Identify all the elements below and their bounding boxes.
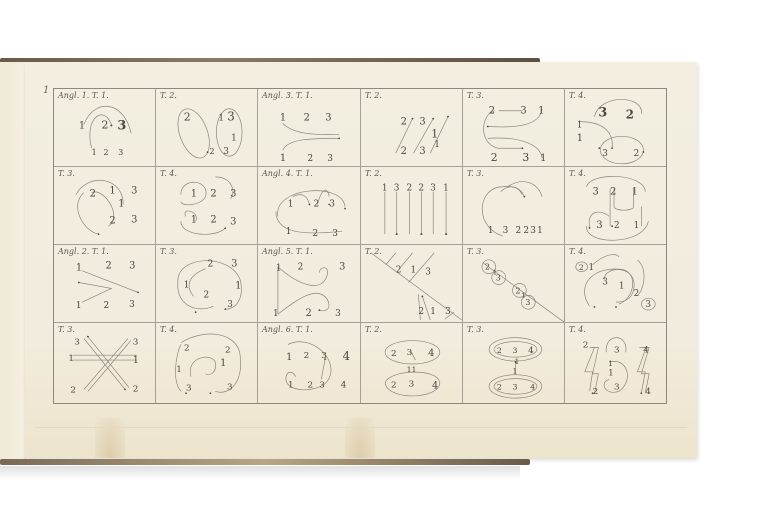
svg-text:2: 2 — [104, 148, 109, 157]
svg-text:2: 2 — [401, 117, 407, 128]
figure-cell: T. 3. 2 3 1 2 3 1 — [463, 89, 565, 167]
figure-cell: T. 3. 2 3 1 1 2 3 — [156, 245, 258, 323]
svg-text:1: 1 — [273, 309, 279, 319]
svg-text:2: 2 — [306, 308, 312, 319]
figure-drawing: 1 2 3 4 1 2 3 4 — [258, 323, 360, 403]
svg-text:2: 2 — [308, 380, 314, 390]
figure-drawing: 1 2 3 1 2 3 — [258, 245, 360, 322]
svg-text:3: 3 — [614, 382, 620, 392]
svg-text:1: 1 — [288, 380, 294, 390]
svg-text:1: 1 — [431, 127, 438, 140]
figure-cell: T. 2. 2 1 3 2 1 3 — [361, 245, 463, 323]
svg-text:3: 3 — [430, 184, 436, 194]
svg-text:1: 1 — [608, 369, 614, 379]
svg-text:2: 2 — [225, 345, 231, 355]
svg-text:3: 3 — [329, 199, 335, 209]
figure-drawing: 1 3 2 2 3 1 — [463, 167, 564, 244]
svg-text:3: 3 — [394, 184, 400, 194]
svg-text:3: 3 — [227, 110, 235, 124]
svg-text:2: 2 — [70, 385, 76, 395]
svg-text:3: 3 — [407, 348, 413, 358]
figure-cell: Angl. 4. T. 1. 1 2 3 1 2 3 — [258, 167, 361, 245]
svg-text:1: 1 — [443, 184, 449, 194]
figure-drawing: 2 1 3 2 1 3 — [463, 245, 564, 322]
svg-text:2: 2 — [304, 113, 310, 124]
svg-text:3: 3 — [503, 226, 509, 236]
svg-text:2: 2 — [614, 221, 620, 231]
figure-drawing: 1 2 3 1 2 3 — [54, 89, 155, 166]
svg-text:1: 1 — [76, 301, 82, 311]
figure-cell: T. 4. 1 2 3 1 2 3 — [156, 167, 258, 245]
svg-text:1: 1 — [608, 359, 613, 368]
svg-text:2: 2 — [497, 346, 502, 355]
svg-text:1: 1 — [430, 307, 436, 317]
figure-drawing: 1 2 3 1 2 3 — [258, 167, 360, 244]
figure-drawing: 2 3 4 1 1 2 3 4 — [565, 323, 666, 403]
svg-text:4: 4 — [428, 348, 434, 359]
svg-text:3: 3 — [327, 154, 333, 164]
svg-text:4: 4 — [341, 380, 347, 390]
svg-text:2: 2 — [184, 111, 191, 124]
svg-text:2: 2 — [485, 263, 490, 272]
svg-text:1: 1 — [191, 214, 197, 225]
svg-text:1: 1 — [538, 106, 544, 117]
svg-text:3: 3 — [525, 298, 530, 307]
svg-text:1: 1 — [76, 263, 82, 274]
svg-text:1: 1 — [382, 184, 388, 194]
svg-text:1: 1 — [412, 365, 417, 374]
figure-cell: T. 2. 2 3 4 1 1 2 3 4 — [361, 323, 463, 403]
figure-cell: Angl. 2. T. 1. 1 2 3 1 2 3 — [54, 245, 156, 323]
svg-text:2: 2 — [391, 380, 397, 390]
svg-text:2: 2 — [418, 184, 424, 194]
figure-drawing: 2 1 3 2 1 3 — [361, 245, 462, 322]
svg-text:1: 1 — [92, 148, 97, 157]
svg-text:1: 1 — [280, 153, 286, 164]
figure-drawing: 3 3 1 1 2 2 — [54, 323, 155, 403]
svg-text:1: 1 — [288, 199, 294, 209]
svg-text:4: 4 — [530, 382, 535, 391]
svg-text:2: 2 — [491, 151, 498, 164]
figure-drawing: 1 2 3 1 2 3 — [258, 89, 360, 166]
svg-text:1: 1 — [619, 281, 625, 291]
svg-text:4: 4 — [643, 345, 649, 355]
svg-text:3: 3 — [520, 106, 526, 117]
svg-text:3: 3 — [598, 106, 607, 121]
svg-text:3: 3 — [513, 382, 518, 391]
svg-text:2: 2 — [313, 199, 319, 209]
figure-drawing: 1 3 2 2 3 1 — [361, 167, 462, 244]
figure-drawing: 1 2 3 1 2 3 — [54, 245, 155, 322]
svg-text:2: 2 — [401, 146, 407, 157]
svg-text:3: 3 — [530, 226, 536, 236]
svg-text:3: 3 — [131, 214, 137, 225]
svg-text:2: 2 — [308, 154, 314, 164]
figure-cell: T. 2. 1 3 2 2 3 1 — [361, 167, 463, 245]
svg-text:2: 2 — [593, 387, 599, 397]
svg-text:2: 2 — [210, 189, 216, 200]
svg-text:1: 1 — [589, 263, 595, 273]
svg-text:3: 3 — [409, 379, 415, 389]
svg-text:2: 2 — [634, 289, 640, 299]
foxing-stain — [345, 418, 375, 458]
figure-cell: T. 2. 2 3 1 1 2 3 — [361, 89, 463, 167]
figure-cell: T. 3. 2 1 3 1 2 3 — [54, 167, 156, 245]
svg-text:1: 1 — [276, 264, 282, 274]
figure-cell: Angl. 6. T. 1. 1 2 3 4 1 2 3 4 — [258, 323, 361, 403]
figure-drawing: 2 1 3 2 1 3 — [565, 245, 666, 322]
figure-drawing: 1 2 3 1 2 3 — [156, 167, 257, 244]
svg-text:4: 4 — [528, 346, 534, 356]
svg-text:3: 3 — [614, 345, 620, 355]
figure-drawing: 3 2 1 1 3 2 — [565, 89, 666, 166]
figure-cell: Angl. 3. T. 1. 1 2 3 1 2 3 — [258, 89, 361, 167]
svg-text:3: 3 — [445, 307, 451, 317]
svg-text:2: 2 — [104, 301, 110, 311]
svg-text:2: 2 — [184, 343, 190, 353]
svg-text:3: 3 — [645, 300, 651, 310]
svg-text:1: 1 — [218, 114, 224, 124]
svg-text:2: 2 — [515, 226, 521, 236]
svg-text:1: 1 — [280, 113, 286, 124]
figure-cell: Angl. 5. T. 1. 1 2 3 1 2 3 — [258, 245, 361, 323]
svg-text:3: 3 — [227, 300, 233, 310]
svg-text:2: 2 — [90, 189, 96, 200]
figure-cell: T. 4. 2 2 1 1 3 3 — [156, 323, 258, 403]
figure-drawing: 2 3 4 1 1 2 3 4 — [463, 323, 564, 403]
svg-text:1: 1 — [231, 133, 237, 143]
svg-text:4: 4 — [432, 380, 438, 391]
book-cover-bottom-edge — [0, 459, 530, 465]
svg-text:2: 2 — [523, 226, 529, 236]
svg-text:2: 2 — [610, 187, 616, 198]
figure-cell: Angl. 1. T. 1. 1 2 3 1 2 3 — [54, 89, 156, 167]
svg-text:2: 2 — [418, 307, 424, 317]
svg-text:3: 3 — [131, 186, 137, 197]
svg-text:4: 4 — [645, 387, 651, 397]
foxing-stain — [95, 418, 125, 458]
svg-text:4: 4 — [343, 349, 350, 363]
svg-text:3: 3 — [419, 117, 425, 128]
figure-cell: T. 3. 3 3 1 1 2 2 — [54, 323, 156, 403]
svg-text:2: 2 — [204, 290, 210, 300]
svg-text:3: 3 — [117, 118, 126, 133]
svg-text:3: 3 — [231, 259, 237, 270]
figure-cell: T. 4. 2 3 4 1 1 2 3 4 — [565, 323, 666, 403]
svg-text:3: 3 — [186, 383, 192, 393]
figure-drawing: 2 3 1 1 2 3 — [361, 89, 462, 166]
svg-text:2: 2 — [312, 229, 318, 239]
svg-text:3: 3 — [602, 149, 608, 159]
figure-cell: T. 4. 3 2 1 3 2 1 — [565, 167, 666, 245]
svg-text:1: 1 — [634, 221, 640, 231]
svg-text:1: 1 — [79, 120, 85, 131]
svg-text:2: 2 — [105, 261, 111, 272]
svg-text:1: 1 — [513, 367, 518, 376]
svg-text:2: 2 — [634, 149, 640, 159]
svg-text:2: 2 — [489, 106, 495, 117]
svg-text:3: 3 — [332, 229, 338, 239]
figure-cell: T. 3. 2 1 3 2 1 3 — [463, 245, 565, 323]
figure-cell: T. 2. 2 1 3 1 2 3 — [156, 89, 258, 167]
book-shadow — [0, 466, 520, 480]
svg-text:3: 3 — [129, 261, 135, 272]
svg-text:1: 1 — [176, 365, 182, 375]
svg-text:2: 2 — [133, 384, 139, 394]
plate-rule — [35, 427, 687, 428]
svg-text:2: 2 — [102, 118, 109, 131]
svg-text:1: 1 — [68, 354, 74, 364]
svg-text:3: 3 — [230, 189, 236, 200]
svg-text:1: 1 — [411, 266, 417, 276]
svg-text:1: 1 — [514, 357, 519, 366]
svg-text:3: 3 — [230, 216, 236, 227]
svg-text:3: 3 — [522, 151, 529, 164]
svg-text:3: 3 — [513, 346, 518, 355]
svg-text:2: 2 — [210, 214, 216, 225]
svg-text:2: 2 — [515, 286, 520, 295]
svg-text:3: 3 — [223, 147, 229, 157]
svg-text:2: 2 — [207, 260, 213, 270]
figure-cell: T. 4. 2 1 3 2 1 3 — [565, 245, 666, 323]
svg-text:1: 1 — [235, 280, 241, 291]
svg-text:3: 3 — [602, 277, 608, 287]
svg-text:3: 3 — [335, 309, 341, 319]
svg-text:1: 1 — [191, 189, 197, 200]
svg-text:3: 3 — [496, 274, 501, 283]
svg-text:1: 1 — [286, 352, 292, 363]
svg-text:3: 3 — [319, 380, 325, 390]
svg-text:2: 2 — [304, 351, 310, 361]
svg-text:3: 3 — [592, 187, 598, 198]
figure-drawing: 2 3 1 2 3 1 — [463, 89, 564, 166]
figure-drawing: 2 3 1 1 2 3 — [156, 245, 257, 322]
figure-grid: Angl. 1. T. 1. 1 2 3 1 2 3 T. 2. 2 1 3 1… — [53, 88, 667, 404]
svg-text:3: 3 — [129, 300, 135, 310]
figure-drawing: 3 2 1 3 2 1 — [565, 167, 666, 244]
svg-text:2: 2 — [396, 266, 402, 276]
svg-text:3: 3 — [596, 220, 602, 231]
figure-drawing: 2 1 3 1 2 3 — [156, 89, 257, 166]
svg-text:1: 1 — [577, 121, 583, 131]
svg-text:3: 3 — [425, 268, 431, 278]
svg-text:2: 2 — [209, 147, 214, 156]
svg-text:1: 1 — [488, 226, 494, 236]
svg-text:3: 3 — [133, 337, 139, 347]
svg-text:1: 1 — [286, 227, 292, 237]
page-number: 1 — [43, 85, 49, 96]
left-page-edge — [0, 62, 26, 460]
svg-text:1: 1 — [118, 198, 124, 209]
svg-text:2: 2 — [407, 184, 413, 194]
svg-text:2: 2 — [579, 263, 584, 272]
svg-text:3: 3 — [74, 337, 80, 347]
svg-text:2: 2 — [391, 349, 397, 359]
svg-text:1: 1 — [133, 355, 139, 366]
svg-text:1: 1 — [184, 280, 190, 290]
figure-drawing: 2 3 4 1 1 2 3 4 — [361, 323, 462, 403]
svg-text:2: 2 — [298, 263, 304, 273]
svg-text:1: 1 — [632, 187, 638, 198]
figure-drawing: 2 2 1 1 3 3 — [156, 323, 257, 403]
svg-text:2: 2 — [626, 108, 634, 122]
svg-text:1: 1 — [220, 358, 226, 369]
svg-text:1: 1 — [540, 153, 546, 164]
svg-text:1: 1 — [109, 186, 115, 197]
figure-cell: T. 3. 1 3 2 2 3 1 — [463, 167, 565, 245]
svg-text:2: 2 — [497, 382, 502, 391]
figure-drawing: 2 1 3 1 2 3 — [54, 167, 155, 244]
svg-text:3: 3 — [321, 351, 327, 361]
svg-text:1: 1 — [537, 226, 543, 236]
svg-text:2: 2 — [583, 340, 589, 350]
svg-text:3: 3 — [118, 148, 123, 157]
svg-text:3: 3 — [419, 146, 425, 157]
svg-text:3: 3 — [227, 382, 233, 392]
svg-text:3: 3 — [339, 262, 345, 273]
svg-text:2: 2 — [109, 215, 115, 226]
svg-text:1: 1 — [577, 133, 583, 144]
svg-text:3: 3 — [325, 113, 331, 124]
svg-text:1: 1 — [434, 140, 440, 150]
figure-cell: T. 4. 3 2 1 1 3 2 — [565, 89, 666, 167]
figure-cell: T. 3. 2 3 4 1 1 2 3 4 — [463, 323, 565, 403]
